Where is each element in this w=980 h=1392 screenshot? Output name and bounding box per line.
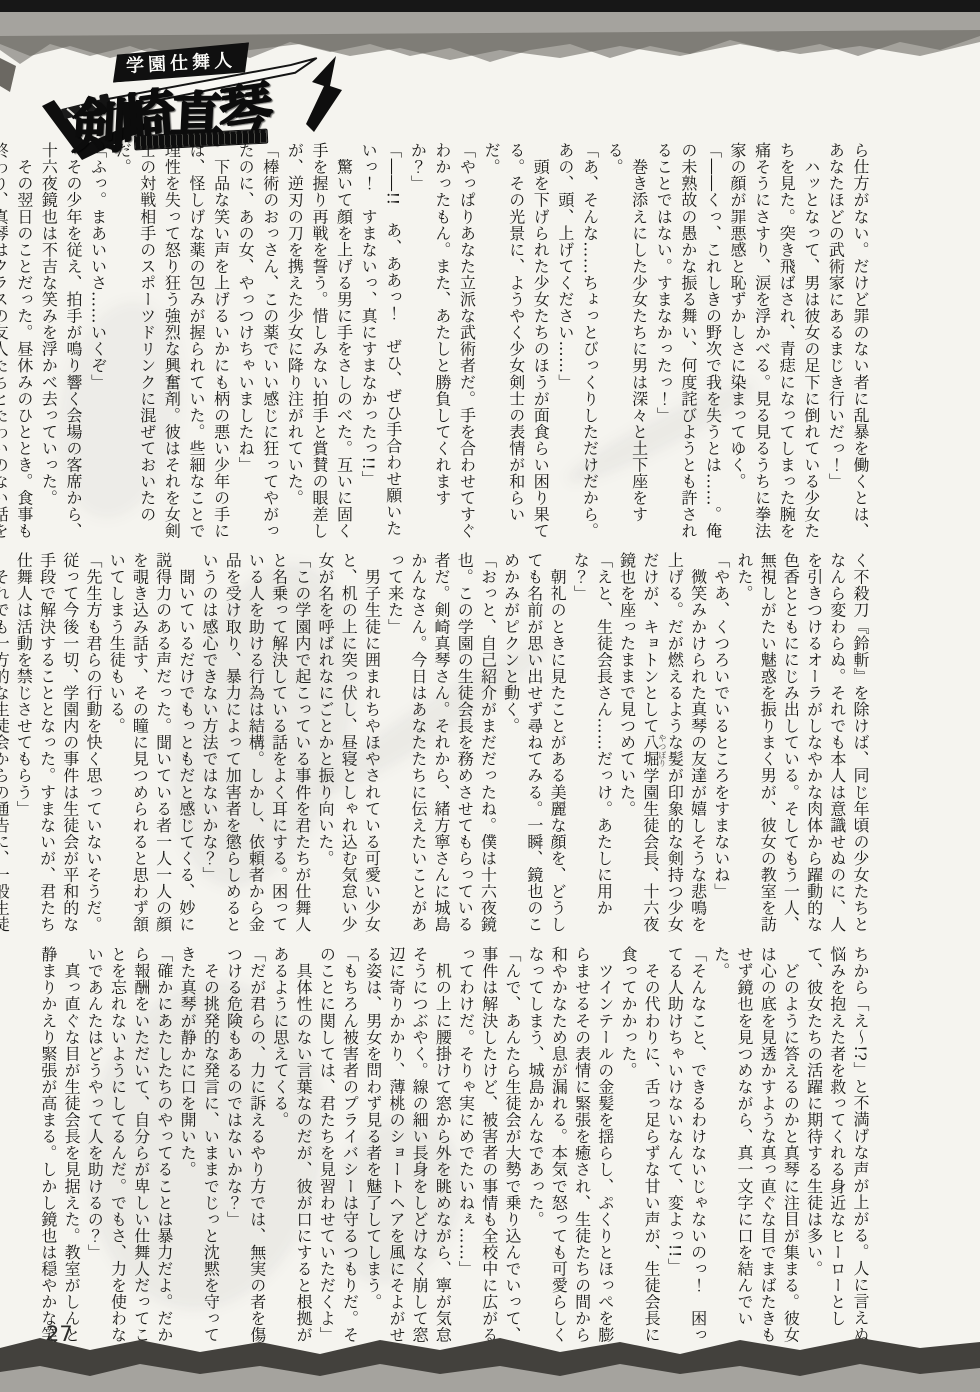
paragraph: 「えと、生徒会長さん……だっけ。あたしに用かな？」 bbox=[569, 552, 615, 948]
paragraph: 「あ、そんな……ちょっとびっくりしただけだから。あの、頭、上げてください……」 bbox=[552, 142, 601, 543]
paragraph: 驚いて顔を上げる男に手をさしのべた。互いに固く手を握り再戦を誓う。惜しみない拍手… bbox=[282, 142, 356, 543]
paragraph: 朝礼のときに見たことがある美麗な顔を、どうしても名前が思い出せず尋ねてみる。一瞬… bbox=[499, 552, 569, 948]
text-band-bottom: ちから「え〜!?」と不満げな声が上がる。人に言えぬ悩みを抱えた者を救ってくれる身… bbox=[58, 946, 872, 1348]
paragraph: 巻き添えにした少女たちに男は深々と土下座をする。 bbox=[601, 142, 650, 543]
paragraph: 「おっと、自己紹介がまだだったね。僕は十六夜鏡也。この学園の生徒会長を務めさせて… bbox=[383, 552, 499, 948]
paragraph: 真っ直ぐな目が生徒会長を見据えた。教室がしんと静まりかえり緊張が高まる。しかし鏡… bbox=[37, 946, 83, 1348]
paragraph: その翌日のことだった。昼休みのひととき。食事も終わり、真琴はクラスの友人たちとた… bbox=[0, 142, 36, 543]
paragraph: 具体性のない言葉なのだが、彼が口にすると根拠があるように思えてくる。 bbox=[269, 946, 315, 1348]
paragraph: 「そんなこと、できるわけないじゃないのっ！ 困ってる人助けちゃいけないなんて、変… bbox=[663, 946, 709, 1348]
paragraph: 「やっぱりあなた立派な武術者だ。手を合わせてすぐわかったもん。また、あたしと勝負… bbox=[405, 142, 479, 543]
paragraph: その少年を従え、拍手が鳴り響く会場の客席から、十六夜鏡也は不吉な笑みを浮かべ去っ… bbox=[36, 142, 85, 543]
paragraph: 「やあ、くつろいでいるところをすまないね」 bbox=[710, 552, 733, 948]
paragraph: それでも一方的な生徒会からの通告に、一般生徒た bbox=[0, 552, 12, 948]
novel-page: 学園仕舞人 剣崎真琴 ら仕方がない。だけど罪のない者に乱暴を働くとは、あなたほど… bbox=[0, 0, 980, 1392]
paragraph: 聞いているだけでもっともだと感じてくる、妙に説得力のある声だった。聞いている者一… bbox=[105, 552, 198, 948]
paragraph: ら仕方がない。だけど罪のない者に乱暴を働くとは、あなたほどの武術家にあるまじき行… bbox=[823, 142, 872, 543]
paragraph: 「先生方も君らの行動を快く思っていないそうだ。従って今後一切、学園内の事件は生徒… bbox=[12, 552, 105, 948]
paragraph: 「棒術のおっさん、この薬でいい感じに狂ってやがったのに、あの女、やっつけちゃいま… bbox=[233, 142, 282, 543]
paragraph: 「ふっ。まあいいさ……いくぞ」 bbox=[85, 142, 110, 543]
paragraph: 「もちろん被害者のプライバシーは守るつもりだ。そのことに関しては、君たちを見習わ… bbox=[315, 946, 361, 1348]
paragraph: 「この学園内で起こっている事件を君たちが仕舞人と名乗って解決している話をよく耳に… bbox=[198, 552, 314, 948]
paragraph: 「確かにあたしたちのやってることは暴力だよ。だから報酬をいただいて、自分らが卑し… bbox=[83, 946, 176, 1348]
paragraph: く不殺刀『鈴斬』を除けば、同じ年頃の少女たちとなんら変わらぬ。それでも本人は意識… bbox=[733, 552, 872, 948]
text-band-top: ら仕方がない。だけど罪のない者に乱暴を働くとは、あなたほどの武術家にあるまじき行… bbox=[58, 142, 872, 543]
paragraph: 「――!! あ、ああっ！ ぜひ、ぜひ手合わせ願いたいっ！ すまないっ、真にすまな… bbox=[356, 142, 405, 543]
paragraph: 「――くっ、これしきの野次で我を失うとは……。俺の未熟故の愚かな振る舞い、何度詫… bbox=[651, 142, 725, 543]
brush-stroke-icon bbox=[294, 54, 346, 132]
text-band-middle: く不殺刀『鈴斬』を除けば、同じ年頃の少女たちとなんら変わらぬ。それでも本人は意識… bbox=[58, 552, 872, 948]
paragraph: ハッとなって、男は彼女の足下に倒れている少女たちを見た。突き飛ばされ、青痣になっ… bbox=[724, 142, 822, 543]
paragraph: どのように答えるのかと真琴に注目が集まる。彼女は心の底を見透かすような真っ直ぐな… bbox=[710, 946, 803, 1348]
paragraph: 頭を下げられた少女たちのほうが面食らい困り果てる。その光景に、ようやく少女剣士の… bbox=[479, 142, 553, 543]
paragraph: ちから「え〜!?」と不満げな声が上がる。人に言えぬ悩みを抱えた者を救ってくれる身… bbox=[802, 946, 872, 1348]
paragraph: その挑発的な発言に、いままでじっと沈黙を守ってきた真琴が静かに口を開いた。 bbox=[176, 946, 222, 1348]
paragraph: ツインテールの金髪を揺らし、ぷくりとほっぺを膨らませるその表情に緊張を癒され、生… bbox=[524, 946, 617, 1348]
paragraph: 微笑みかけられた真琴の友達が嬉しそうな悲鳴を上げる。だが燃えるような髪が印象的な… bbox=[615, 552, 709, 948]
paragraph: 机の上に腰掛けて窓から外を眺めながら、寧が気怠そうにつぶやく。線の細い長身をしど… bbox=[362, 946, 455, 1348]
paragraph: 「だが君らの、力に訴えるやり方では、無実の者を傷つける危険もあるのではないかな？… bbox=[222, 946, 268, 1348]
paragraph: 「んで、あんたら生徒会が大勢で乗り込んでいって、事件は解決したけど、被害者の事情… bbox=[454, 946, 524, 1348]
paragraph: その代わりに、舌っ足らずな甘い声が、生徒会長に食ってかかった。 bbox=[617, 946, 663, 1348]
paragraph: 下品な笑い声を上げるいかにも柄の悪い少年の手には、怪しげな薬の包みが握られていた… bbox=[110, 142, 233, 543]
paragraph: 男子生徒に囲まれちやほやされている可愛い少女と、机の上に突っ伏し、昼寝としゃれ込… bbox=[314, 552, 384, 948]
page-number: 27 bbox=[46, 1322, 73, 1346]
